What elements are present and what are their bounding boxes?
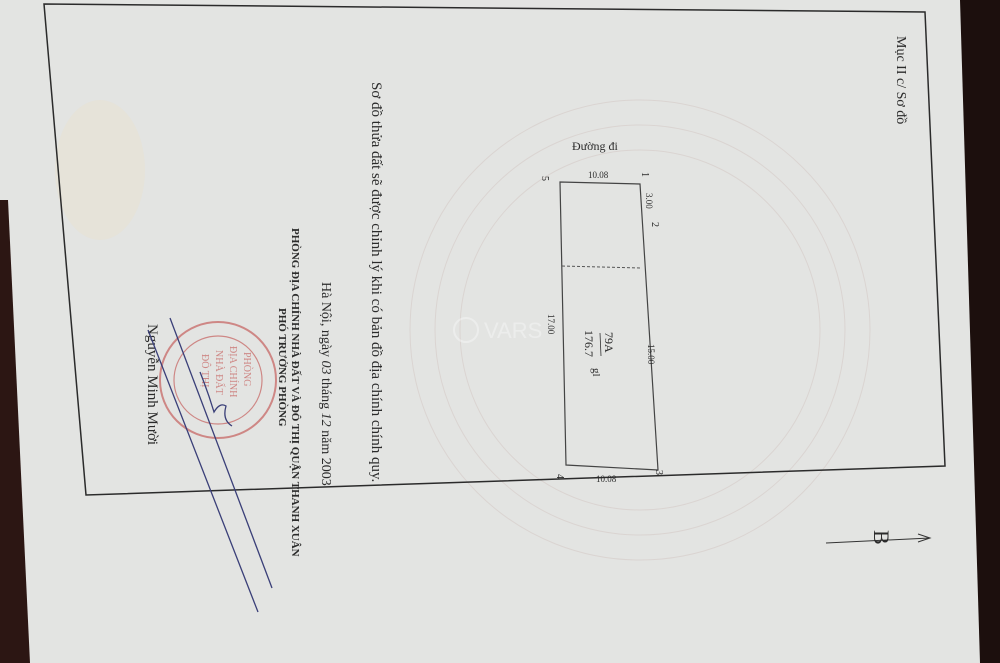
lot-area: 176.7 [582,330,596,357]
edge-left-length: 17.00 [546,314,556,335]
office-name: PHÒNG ĐỊA CHÍNH NHÀ ĐẤT VÀ ĐÔ THỊ QUẬN T… [289,228,302,557]
north-arrow-label: B [869,530,894,545]
vertex-4: 4 [554,474,565,479]
vertex-2: 2 [649,222,660,227]
vertex-3: 3 [653,470,664,475]
vertex-5: 5 [539,176,550,181]
date-line: Hà Nội, ngày 03 tháng 12 năm 2003 [318,282,333,486]
edge-bottom-length: 10.08 [596,474,617,484]
svg-text:NHÀ ĐẤT: NHÀ ĐẤT [213,350,226,395]
edge-1-2-length: 3.00 [644,193,654,209]
road-label: Đường đi [572,139,619,153]
lot-number: 79A [602,332,616,353]
svg-text:VARS: VARS [484,318,542,343]
scanned-document: Mục II c/ Sơ đồ Sơ đồ thửa đất sẽ được c… [0,0,1000,663]
svg-text:ĐỊA CHÍNH: ĐỊA CHÍNH [227,346,239,397]
note-text: Sơ đồ thửa đất sẽ được chỉnh lý khi có b… [368,82,384,482]
edge-2-3-length: 15.00 [646,344,656,365]
edge-top-length: 10.08 [588,170,609,180]
svg-text:PHÒNG: PHÒNG [241,352,253,386]
signer-name: Nguyễn Minh Mười [144,324,160,445]
signer-title: PHÓ TRƯỞNG PHÒNG [276,308,288,427]
svg-text:ĐÔ THỊ: ĐÔ THỊ [199,354,211,387]
vertex-1: 1 [639,172,650,177]
land-type: gl [590,368,602,377]
section-heading: Mục II c/ Sơ đồ [893,36,908,124]
